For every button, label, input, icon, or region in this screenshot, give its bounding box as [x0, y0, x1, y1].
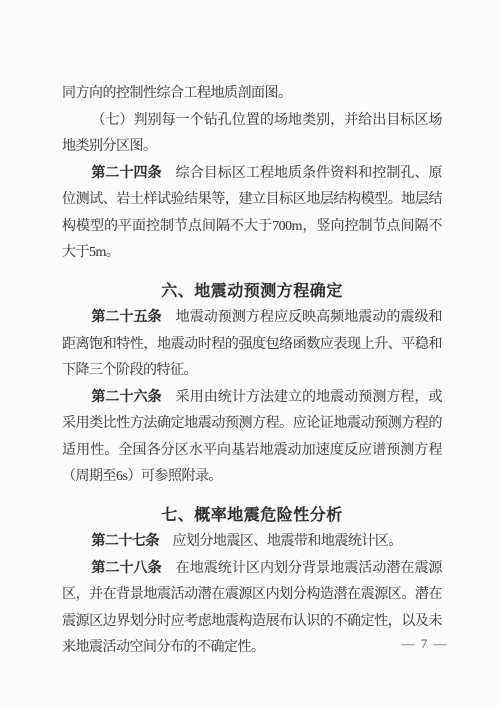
article-number-label: 第二十六条 — [91, 390, 161, 405]
article-number-label: 第二十五条 — [91, 310, 161, 325]
paragraph-article-26: 第二十六条 采用由统计方法建立的地震动预测方程，或采用类比性方法确定地震动预测方… — [62, 385, 442, 491]
page-number: — 7 — — [402, 636, 449, 652]
paragraph-text: 同方向的控制性综合工程地质剖面图。 — [62, 86, 292, 101]
paragraph-continuation: 同方向的控制性综合工程地质剖面图。 — [62, 81, 442, 108]
paragraph-article-27: 第二十七条 应划分地震区、地震带和地震统计区。 — [62, 529, 442, 556]
document-body: 同方向的控制性综合工程地质剖面图。 （七）判别每一个钻孔位置的场地类别，并给出目… — [62, 81, 442, 662]
document-page: 同方向的控制性综合工程地质剖面图。 （七）判别每一个钻孔位置的场地类别，并给出目… — [0, 0, 500, 707]
paragraph-article-25: 第二十五条 地震动预测方程应反映高频地震动的震级和距离饱和特性，地震动时程的强度… — [62, 305, 442, 385]
section-heading-7: 七、概率地震危险性分析 — [62, 503, 442, 530]
article-number-label: 第二十七条 — [91, 534, 159, 549]
paragraph-article-24: 第二十四条 综合目标区工程地质条件资料和控制孔、原位测试、岩土样试验结果等，建立… — [62, 161, 442, 267]
paragraph-text: （七）判别每一个钻孔位置的场地类别，并给出目标区场地类别分区图。 — [62, 113, 442, 155]
article-number-label: 第二十四条 — [91, 166, 161, 181]
paragraph-text: 应划分地震区、地震带和地震统计区。 — [159, 534, 402, 549]
paragraph-article-28: 第二十八条 在地震统计区内划分背景地震活动潜在震源区，并在背景地震活动潜在震源区… — [62, 556, 442, 662]
section-heading-6: 六、地震动预测方程确定 — [62, 279, 442, 306]
article-number-label: 第二十八条 — [91, 561, 161, 576]
paragraph-item-7: （七）判别每一个钻孔位置的场地类别，并给出目标区场地类别分区图。 — [62, 108, 442, 161]
